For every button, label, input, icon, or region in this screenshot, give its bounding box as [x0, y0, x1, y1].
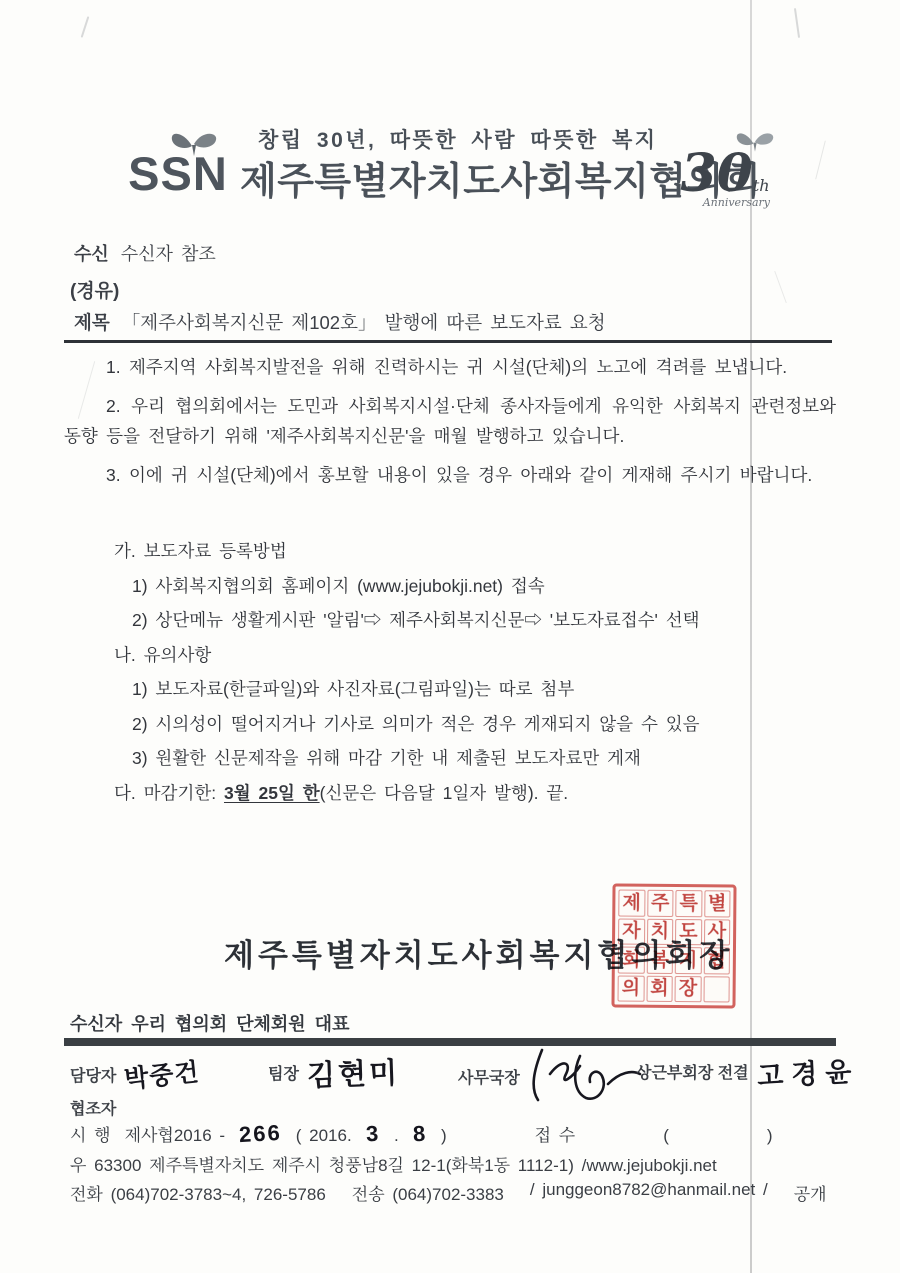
dispatch-month-handwritten: 3 — [365, 1121, 381, 1148]
deadline-value: 3월 25일 한 — [224, 783, 320, 803]
stamp-character: 별 — [704, 890, 731, 917]
anniversary-mark: 30th Anniversary — [680, 128, 770, 209]
dispatch-date-dot: . — [394, 1126, 399, 1146]
recipient-row: 수신수신자 참조 — [74, 240, 216, 266]
receipt-label: 접 수 — [535, 1121, 576, 1146]
stamp-character: 복 — [646, 947, 673, 974]
staff-label: 담당자 — [70, 1063, 116, 1086]
stamp-character: 회 — [646, 975, 673, 1002]
stamp-character: 의 — [618, 975, 645, 1002]
outline-item: 3) 원활한 신문제작을 위해 마감 기한 내 제출된 보도자료만 게재 — [64, 741, 854, 776]
stamp-character: 자 — [618, 918, 645, 945]
stamp-character: 사 — [704, 919, 731, 946]
contact-row: 전화 (064)702-3783~4, 726-5786 전송 (064)702… — [70, 1180, 827, 1205]
outline-deadline: 다. 마감기한: 3월 25일 한(신문은 다음달 1일자 발행). 끝. — [64, 776, 854, 811]
ssn-logo-text: SSN — [108, 150, 248, 197]
paragraph-1: 1. 제주지역 사회복지발전을 위해 진력하시는 귀 시설(단체)의 노고에 격… — [64, 352, 836, 382]
team-lead-signature: 김현미 — [306, 1050, 400, 1094]
approval-team-lead: 팀장 김현미 — [268, 1052, 400, 1093]
recipient-label: 수신 — [74, 244, 109, 264]
deadline-suffix: (신문은 다음달 1일자 발행). 끝. — [320, 783, 569, 803]
approval-staff: 담당자 박중건 — [70, 1056, 200, 1092]
stamp-character: 주 — [647, 890, 674, 917]
secretary-general-signature — [528, 1048, 648, 1104]
receipt-close-paren: ) — [767, 1126, 773, 1146]
stamp-character: 치 — [647, 918, 674, 945]
outline-item: 나. 유의사항 — [64, 638, 854, 673]
anniversary-suffix: th — [753, 176, 770, 195]
official-seal-stamp: 제주특별자치도사회복지협의회장 — [611, 883, 736, 1008]
staff-signature: 박중건 — [123, 1052, 202, 1096]
stamp-character: 도 — [675, 919, 702, 946]
address-row: 우 63300 제주특별자치도 제주시 청풍남8길 12-1(화북1동 1112… — [70, 1151, 717, 1176]
vice-chair-label: 상근부회장 전결 — [636, 1060, 749, 1083]
outline-list: 가. 보도자료 등록방법 1) 사회복지협의회 홈페이지 (www.jejubo… — [64, 534, 854, 810]
recipients-value: 우리 협의회 단체회원 대표 — [131, 1014, 349, 1034]
dispatch-no-handwritten: 266 — [238, 1120, 282, 1148]
scan-scratch — [774, 271, 787, 303]
phone-value: 전화 (064)702-3783~4, 726-5786 — [70, 1180, 326, 1205]
paragraph-2: 2. 우리 협의회에서는 도민과 사회복지시설·단체 종사자들에게 유익한 사회… — [64, 391, 836, 451]
dispatch-label: 시 행 — [70, 1121, 111, 1146]
secretary-general-label: 사무국장 — [458, 1065, 520, 1088]
paragraph-3: 3. 이에 귀 시설(단체)에서 홍보할 내용이 있을 경우 아래와 같이 게재… — [64, 460, 836, 490]
subject-value: 「제주사회복지신문 제102호」 발행에 따른 보도자료 요청 — [122, 312, 606, 333]
recipients-label: 수신자 — [70, 1014, 122, 1034]
footer-divider-bar — [64, 1038, 836, 1046]
anniversary-number: 30 — [680, 143, 752, 204]
dispatch-date-suffix: ) — [441, 1126, 447, 1146]
ssn-logo: SSN — [108, 128, 248, 197]
dispatch-no: 제사협2016 - — [125, 1121, 225, 1146]
approval-secretary-general: 사무국장 — [458, 1048, 648, 1104]
deadline-prefix: 다. 마감기한: — [114, 783, 224, 803]
stamp-character: 제 — [618, 890, 645, 917]
subject-row: 제목「제주사회복지신문 제102호」 발행에 따른 보도자료 요청 — [74, 309, 606, 335]
outline-item: 가. 보도자료 등록방법 — [64, 534, 854, 569]
dispatch-row: 시 행 제사협2016 - 266 ( 2016. 3 . 8 ) 접 수 ( … — [70, 1121, 773, 1147]
disclosure-value: 공개 — [794, 1180, 827, 1205]
stamp-character: 특 — [675, 890, 702, 917]
outline-item: 1) 보도자료(한글파일)와 사진자료(그림파일)는 따로 첨부 — [64, 672, 854, 707]
stamp-character: 장 — [675, 976, 702, 1003]
stamp-character — [703, 976, 730, 1003]
subject-divider — [64, 340, 832, 343]
recipients-line: 수신자 우리 협의회 단체회원 대표 — [70, 1010, 349, 1036]
vice-chair-signature: 고경윤 — [756, 1049, 860, 1093]
stamp-character: 지 — [675, 947, 702, 974]
outline-item: 2) 시의성이 떨어지거나 기사로 의미가 적은 경우 게재되지 않을 수 있음 — [64, 707, 854, 742]
dispatch-date-prefix: ( 2016. — [296, 1126, 352, 1146]
fax-value: 전송 (064)702-3383 — [352, 1180, 504, 1205]
recipient-value: 수신자 참조 — [121, 244, 216, 264]
approval-vice-chair: 상근부회장 전결 고경윤 — [636, 1052, 859, 1091]
stamp-character: 협 — [703, 947, 730, 974]
email-value: / junggeon8782@hanmail.net / — [530, 1180, 768, 1205]
via-row: (경유) — [70, 276, 119, 303]
dispatch-day-handwritten: 8 — [412, 1121, 428, 1148]
stamp-character: 회 — [618, 947, 645, 974]
scanned-official-letter: SSN 창립 30년, 따뜻한 사람 따뜻한 복지 제주특별자치도사회복지협의회… — [0, 0, 900, 1273]
outline-item: 2) 상단메뉴 생활게시판 '알림'⇨ 제주사회복지신문⇨ '보도자료접수' 선… — [64, 603, 854, 638]
body-text: 1. 제주지역 사회복지발전을 위해 진력하시는 귀 시설(단체)의 노고에 격… — [64, 352, 836, 499]
subject-label: 제목 — [74, 312, 110, 333]
letterhead: SSN 창립 30년, 따뜻한 사람 따뜻한 복지 제주특별자치도사회복지협의회… — [0, 0, 900, 230]
outline-item: 1) 사회복지협의회 홈페이지 (www.jejubokji.net) 접속 — [64, 569, 854, 604]
team-lead-label: 팀장 — [268, 1061, 299, 1084]
receipt-open-paren: ( — [663, 1126, 669, 1146]
cooperator-label: 협조자 — [70, 1096, 116, 1119]
